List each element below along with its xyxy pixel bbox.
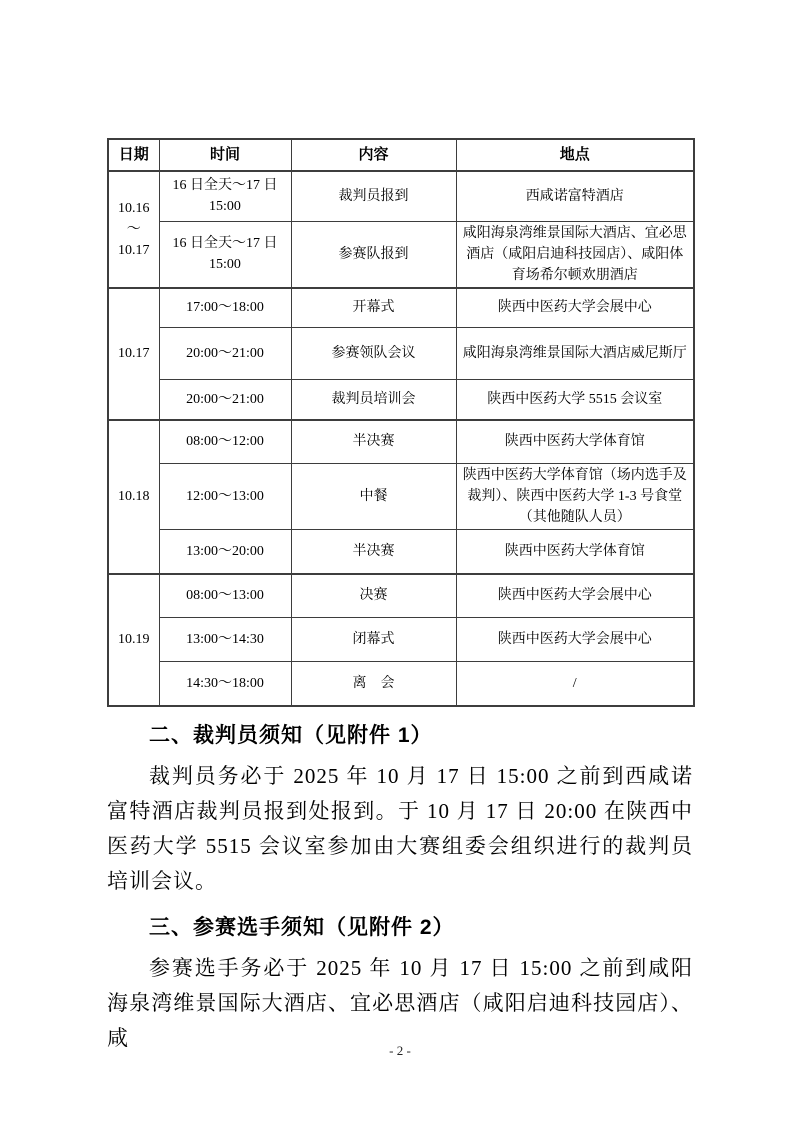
- table-header-cell: 时间: [159, 139, 291, 171]
- time-cell: 08:00～12:00: [159, 420, 291, 464]
- date-cell: 10.16 ～ 10.17: [108, 171, 159, 288]
- location-cell: 咸阳海泉湾维景国际大酒店、宜必思酒店（咸阳启迪科技园店）、咸阳体育场希尔顿欢朋酒…: [456, 221, 694, 288]
- time-cell: 12:00～13:00: [159, 464, 291, 530]
- time-cell: 08:00～13:00: [159, 574, 291, 618]
- content-cell: 半决赛: [291, 420, 456, 464]
- location-cell: /: [456, 662, 694, 706]
- time-cell: 16 日全天～17 日 15:00: [159, 171, 291, 221]
- table-row: 16 日全天～17 日 15:00参赛队报到咸阳海泉湾维景国际大酒店、宜必思酒店…: [108, 221, 694, 288]
- table-header-cell: 内容: [291, 139, 456, 171]
- location-cell: 陕西中医药大学体育馆（场内选手及裁判）、陕西中医药大学 1-3 号食堂（其他随队…: [456, 464, 694, 530]
- table-header-row: 日期时间内容地点: [108, 139, 694, 171]
- content-cell: 参赛队报到: [291, 221, 456, 288]
- content-cell: 半决赛: [291, 530, 456, 574]
- date-cell: 10.17: [108, 288, 159, 420]
- location-cell: 陕西中医药大学体育馆: [456, 420, 694, 464]
- time-cell: 20:00～21:00: [159, 328, 291, 380]
- location-cell: 咸阳海泉湾维景国际大酒店威尼斯厅: [456, 328, 694, 380]
- table-header-cell: 日期: [108, 139, 159, 171]
- section-heading: 三、参赛选手须知（见附件 2）: [107, 913, 693, 943]
- location-cell: 陕西中医药大学会展中心: [456, 288, 694, 328]
- content-cell: 参赛领队会议: [291, 328, 456, 380]
- time-cell: 20:00～21:00: [159, 380, 291, 420]
- schedule-table-body: 10.16 ～ 10.1716 日全天～17 日 15:00裁判员报到西咸诺富特…: [108, 171, 694, 706]
- location-cell: 陕西中医药大学体育馆: [456, 530, 694, 574]
- table-row: 20:00～21:00裁判员培训会陕西中医药大学 5515 会议室: [108, 380, 694, 420]
- table-row: 12:00～13:00中餐陕西中医药大学体育馆（场内选手及裁判）、陕西中医药大学…: [108, 464, 694, 530]
- location-cell: 陕西中医药大学 5515 会议室: [456, 380, 694, 420]
- content-cell: 决赛: [291, 574, 456, 618]
- table-row: 10.1908:00～13:00决赛陕西中医药大学会展中心: [108, 574, 694, 618]
- table-row: 10.16 ～ 10.1716 日全天～17 日 15:00裁判员报到西咸诺富特…: [108, 171, 694, 221]
- content-cell: 中餐: [291, 464, 456, 530]
- section-paragraph: 裁判员务必于 2025 年 10 月 17 日 15:00 之前到西咸诺富特酒店…: [107, 759, 693, 899]
- time-cell: 13:00～14:30: [159, 618, 291, 662]
- content-cell: 裁判员培训会: [291, 380, 456, 420]
- table-row: 10.1717:00～18:00开幕式陕西中医药大学会展中心: [108, 288, 694, 328]
- page-number: - 2 -: [0, 1043, 800, 1059]
- time-cell: 14:30～18:00: [159, 662, 291, 706]
- content-cell: 闭幕式: [291, 618, 456, 662]
- table-row: 10.1808:00～12:00半决赛陕西中医药大学体育馆: [108, 420, 694, 464]
- table-row: 20:00～21:00参赛领队会议咸阳海泉湾维景国际大酒店威尼斯厅: [108, 328, 694, 380]
- date-cell: 10.18: [108, 420, 159, 574]
- time-cell: 13:00～20:00: [159, 530, 291, 574]
- schedule-table: 日期时间内容地点 10.16 ～ 10.1716 日全天～17 日 15:00裁…: [107, 138, 695, 707]
- table-header-cell: 地点: [456, 139, 694, 171]
- table-row: 14:30～18:00离 会/: [108, 662, 694, 706]
- section-paragraph: 参赛选手务必于 2025 年 10 月 17 日 15:00 之前到咸阳海泉湾维…: [107, 951, 693, 1056]
- table-row: 13:00～20:00半决赛陕西中医药大学体育馆: [108, 530, 694, 574]
- time-cell: 17:00～18:00: [159, 288, 291, 328]
- location-cell: 西咸诺富特酒店: [456, 171, 694, 221]
- content-cell: 裁判员报到: [291, 171, 456, 221]
- location-cell: 陕西中医药大学会展中心: [456, 618, 694, 662]
- document-page: 日期时间内容地点 10.16 ～ 10.1716 日全天～17 日 15:00裁…: [0, 0, 800, 1131]
- content-cell: 离 会: [291, 662, 456, 706]
- table-row: 13:00～14:30闭幕式陕西中医药大学会展中心: [108, 618, 694, 662]
- time-cell: 16 日全天～17 日 15:00: [159, 221, 291, 288]
- schedule-table-header: 日期时间内容地点: [108, 139, 694, 171]
- content-cell: 开幕式: [291, 288, 456, 328]
- section-referees: 二、裁判员须知（见附件 1） 裁判员务必于 2025 年 10 月 17 日 1…: [107, 721, 693, 899]
- document-content: 日期时间内容地点 10.16 ～ 10.1716 日全天～17 日 15:00裁…: [107, 138, 693, 1056]
- section-contestants: 三、参赛选手须知（见附件 2） 参赛选手务必于 2025 年 10 月 17 日…: [107, 913, 693, 1056]
- date-cell: 10.19: [108, 574, 159, 706]
- location-cell: 陕西中医药大学会展中心: [456, 574, 694, 618]
- section-heading: 二、裁判员须知（见附件 1）: [107, 721, 693, 751]
